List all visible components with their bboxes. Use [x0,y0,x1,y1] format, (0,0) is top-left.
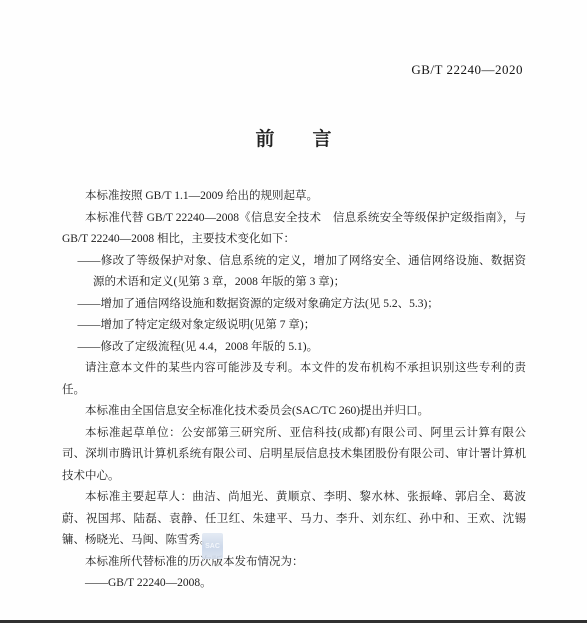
foreword-body: 本标准按照 GB/T 1.1—2009 给出的规则起草。 本标准代替 GB/T … [62,186,526,595]
sac-watermark-icon: SAC [202,533,223,559]
paragraph-patent-notice: 请注意本文件的某些内容可能涉及专利。本文件的发布机构不承担识别这些专利的责任。 [62,358,526,401]
paragraph-drafting-units: 本标准起草单位：公安部第三研究所、亚信科技(成都)有限公司、阿里云计算有限公司、… [62,423,526,488]
standard-number: GB/T 22240—2020 [411,62,523,78]
list-item-previous-edition: ——GB/T 22240—2008。 [62,573,526,595]
list-item-change-4: ——修改了定级流程(见 4.4，2008 年版的 5.1)。 [62,337,526,359]
document-page: GB/T 22240—2020 前言 本标准按照 GB/T 1.1—2009 给… [0,0,587,628]
paragraph-drafting-rule: 本标准按照 GB/T 1.1—2009 给出的规则起草。 [62,186,526,208]
list-item-change-2: ——增加了通信网络设施和数据资源的定级对象确定方法(见 5.2、5.3)； [62,294,526,316]
paragraph-previous-editions: 本标准所代替标准的历次版本发布情况为： [62,552,526,574]
paragraph-drafters: 本标准主要起草人：曲洁、尚旭光、黄顺京、李明、黎水林、张振峰、郭启全、葛波蔚、祝… [62,487,526,552]
list-item-change-1: ——修改了等级保护对象、信息系统的定义，增加了网络安全、通信网络设施、数据资源的… [62,251,526,294]
paragraph-proposing-body: 本标准由全国信息安全标准化技术委员会(SAC/TC 260)提出并归口。 [62,401,526,423]
paragraph-replaces-standard: 本标准代替 GB/T 22240—2008《信息安全技术 信息系统安全等级保护定… [62,208,526,251]
scan-page-edge [0,620,587,623]
foreword-title: 前言 [0,124,587,151]
list-item-change-3: ——增加了特定定级对象定级说明(见第 7 章)； [62,315,526,337]
